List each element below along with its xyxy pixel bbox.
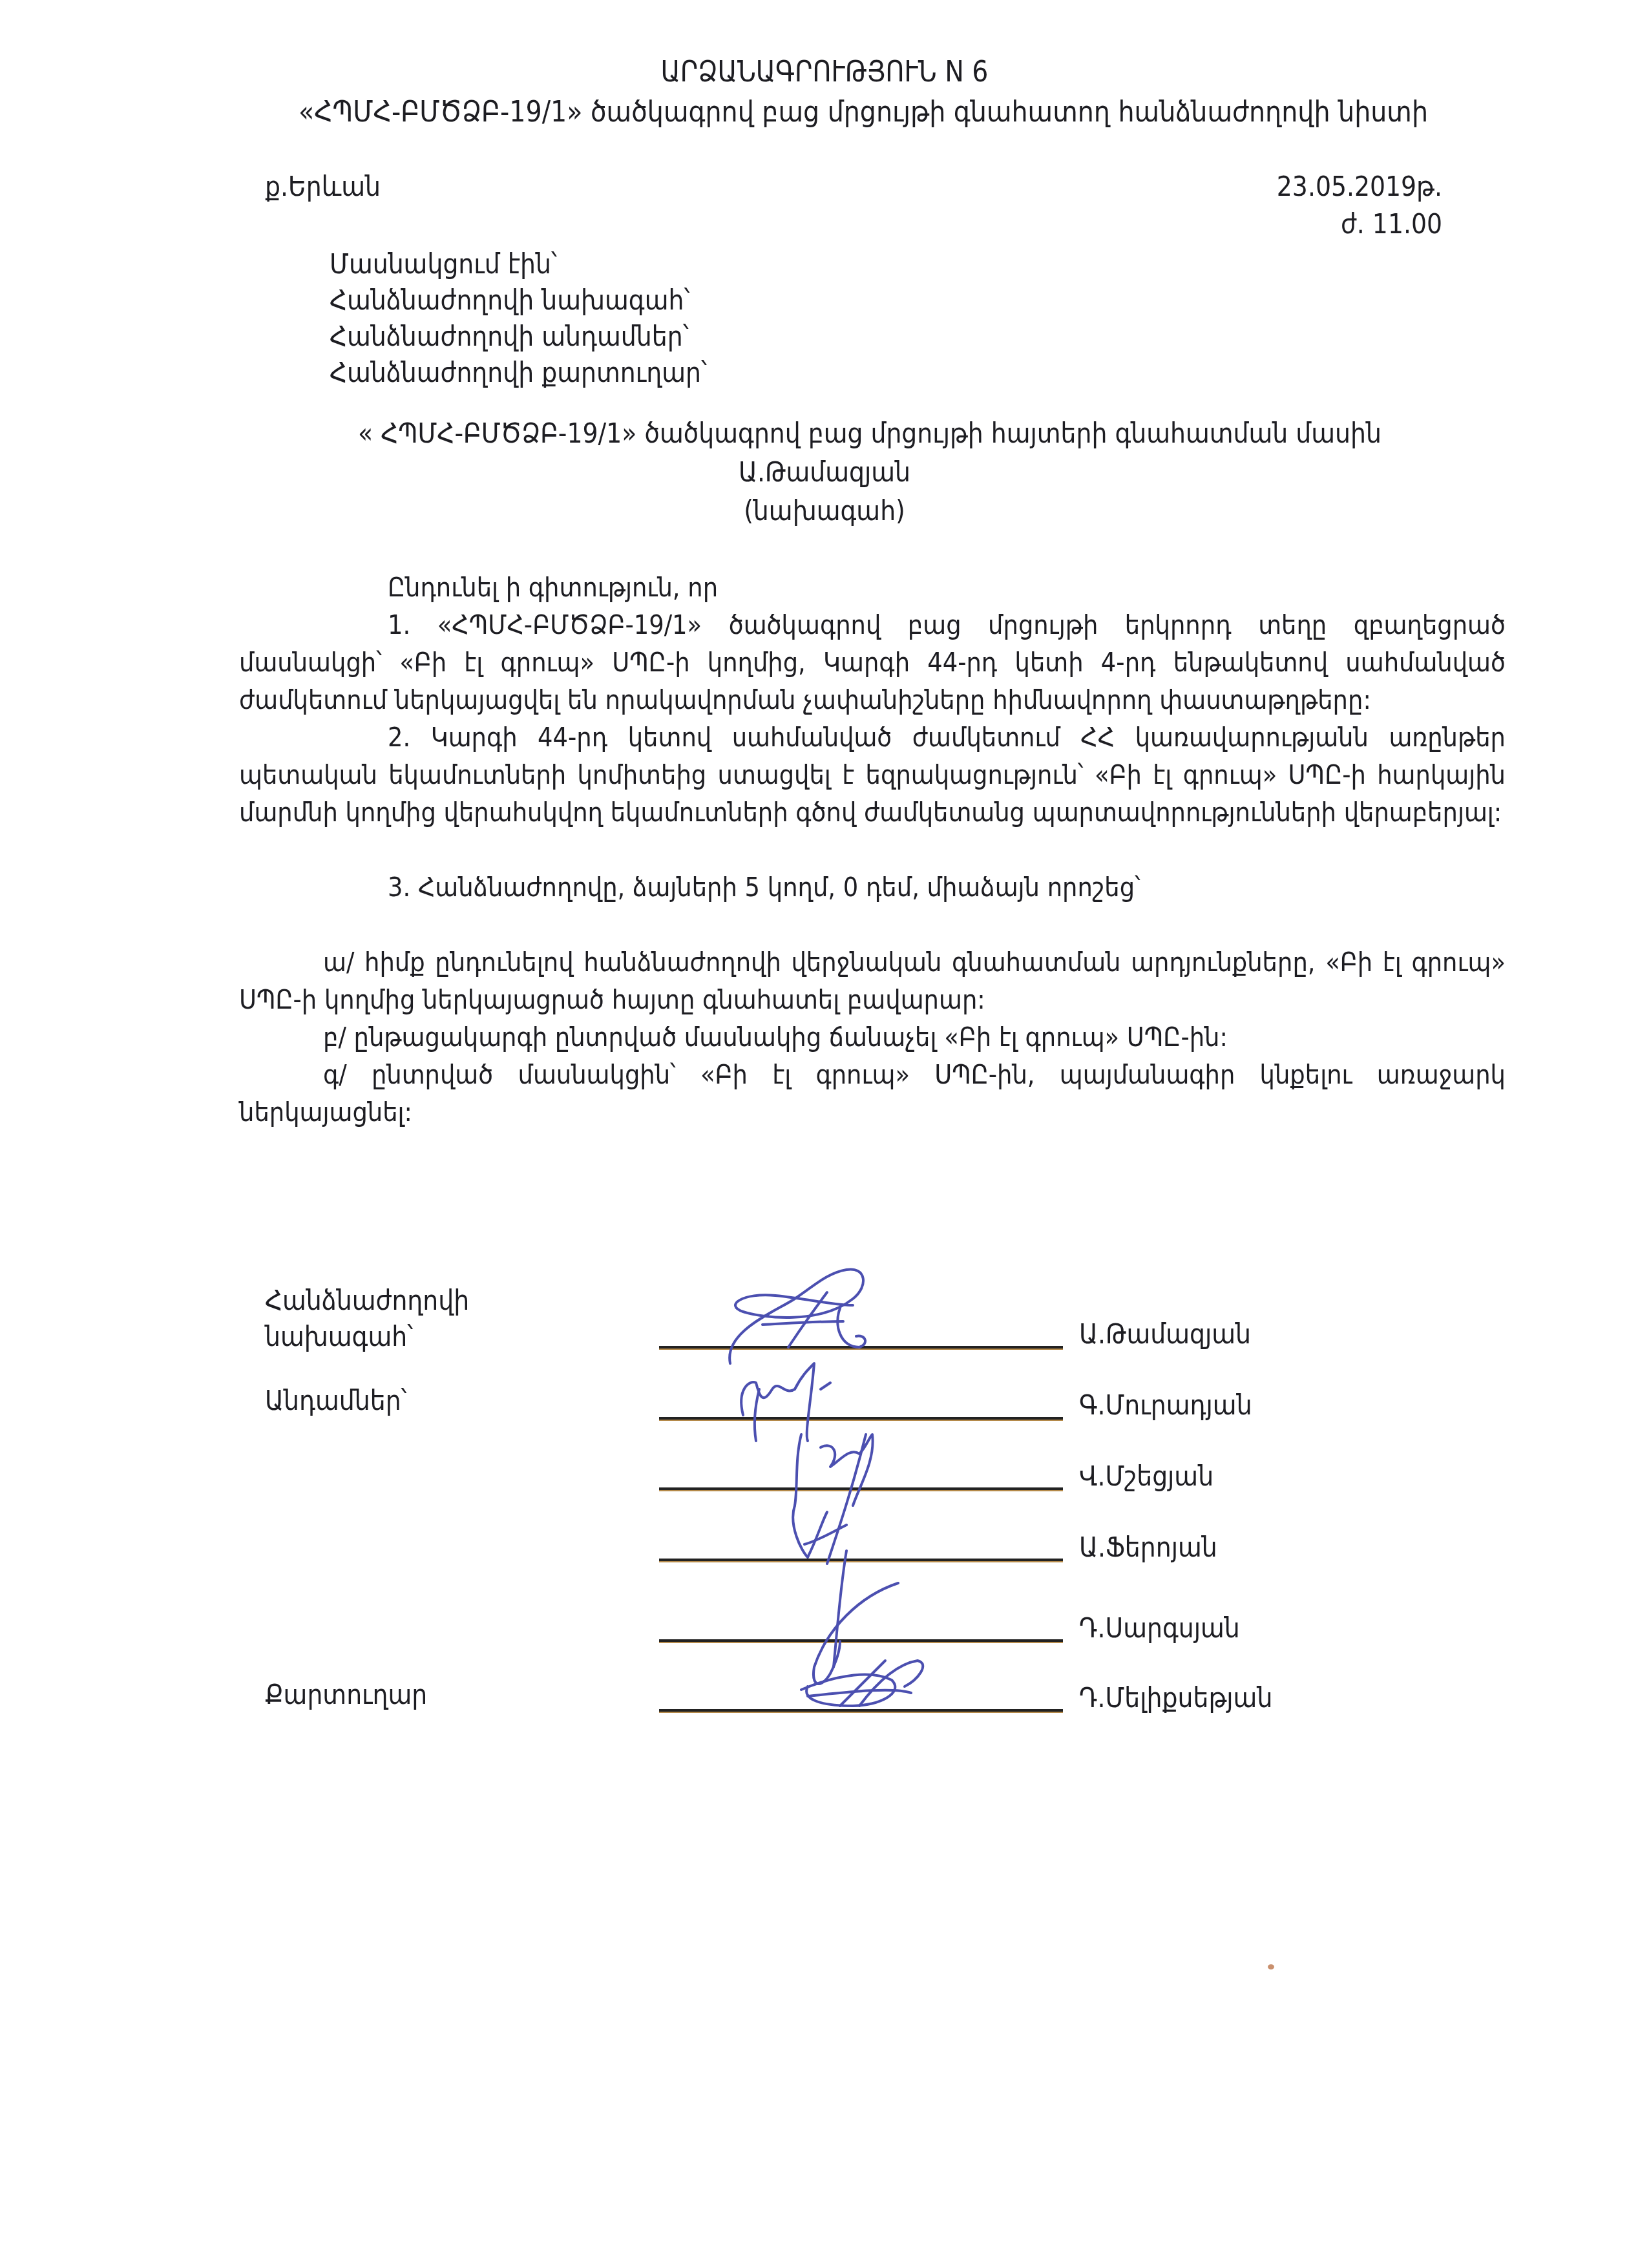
ink-speck [1268, 1964, 1274, 1969]
handwritten-signatures [0, 0, 1649, 2268]
